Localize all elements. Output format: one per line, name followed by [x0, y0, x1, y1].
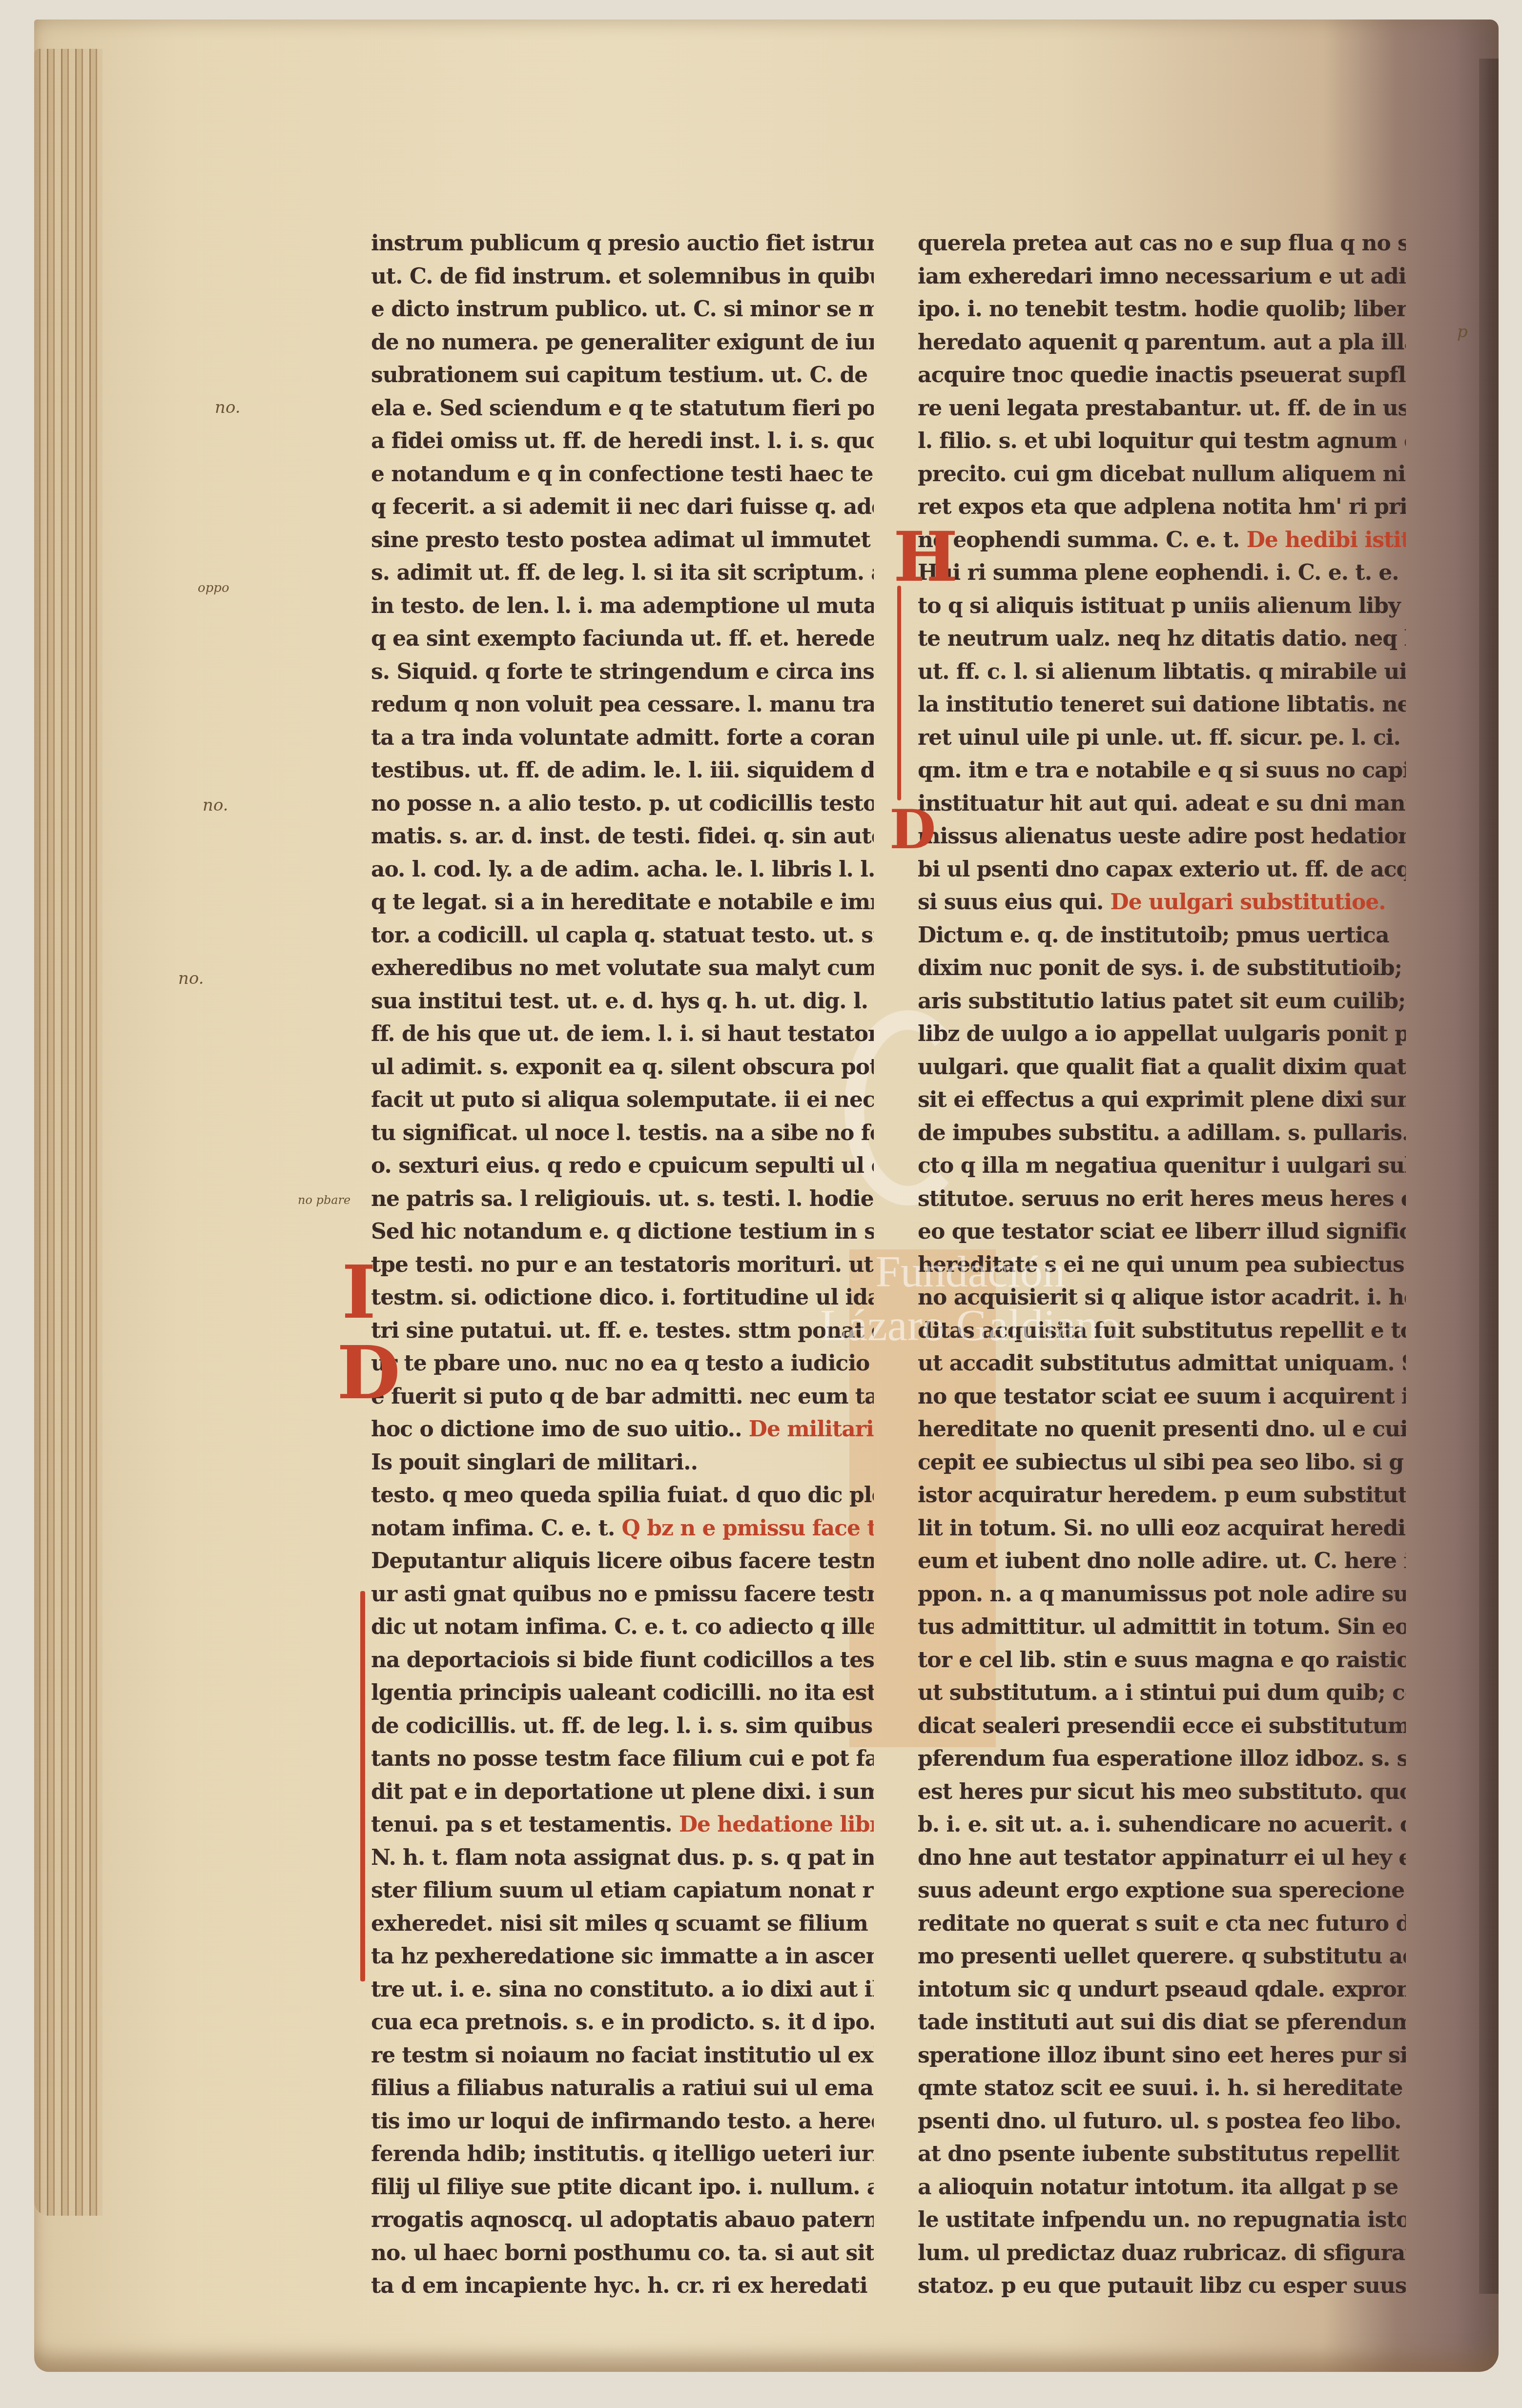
text-line: aris substitutio latius patet sit eum cu…	[918, 985, 1406, 1018]
text-line: hoc o dictione imo de suo uitio.. De mil…	[371, 1413, 874, 1446]
text-line: speratione illoz ibunt sino eet heres pu…	[918, 2039, 1406, 2072]
text-line: ret uinul uile pi unle. ut. ff. sicur. p…	[918, 721, 1406, 755]
text-line: e notandum e q in confectione testi haec…	[371, 458, 874, 491]
text-line: ret expos eta que adplena notita hm' ri …	[918, 490, 1406, 524]
rubric-heading: De uulgari substitutioe.	[1111, 890, 1386, 915]
text-line: mo presenti uellet querere. q substitutu…	[918, 1940, 1406, 1973]
text-line: tants no posse testm face filium cui e p…	[371, 1742, 874, 1775]
line-text: hoc o dictione imo de suo uitio..	[371, 1417, 749, 1442]
rubric-heading: Q bz n e pmissu face testim	[622, 1516, 874, 1541]
text-line: missus alienatus ueste adire post hedati…	[918, 820, 1406, 853]
page-edge-leaves	[34, 49, 103, 2216]
binding-gutter	[1479, 59, 1499, 2294]
text-line: tis imo ur loqui de infirmando testo. a …	[371, 2105, 874, 2138]
text-line: matis. s. ar. d. inst. de testi. fidei. …	[371, 820, 874, 853]
text-line: ipo. i. no tenebit testm. hodie quolib; …	[918, 293, 1406, 326]
text-line: instrum publicum q presio auctio fiet is…	[371, 227, 874, 260]
text-line: tenui. pa s et testamentis. De hedatione…	[371, 1808, 874, 1841]
text-line: ut accadit substitutus admittat uniquam.…	[918, 1347, 1406, 1380]
text-line: statoz. p eu que putauit libz cu esper s…	[918, 2269, 1406, 2303]
text-line: stitutoe. seruus no erit heres meus here…	[918, 1183, 1406, 1216]
text-line: notam infima. C. e. t. Q bz n e pmissu f…	[371, 1512, 874, 1545]
text-line: dno hne aut testator appinaturr ei ul he…	[918, 1841, 1406, 1875]
margin-note: p	[1457, 322, 1468, 342]
text-line: Hui ri summa plene eophendi. i. C. e. t.…	[918, 556, 1406, 590]
text-line: cto q illa m negatiua quenitur i uulgari…	[918, 1149, 1406, 1183]
text-line: ppon. n. a q manumissus pot nole adire s…	[918, 1578, 1406, 1611]
text-line: tpe testi. no pur e an testatoris moritu…	[371, 1248, 874, 1282]
text-line: le ustitate infpendu un. no repugnatia i…	[918, 2204, 1406, 2237]
initial-letter-D-right: D	[889, 798, 936, 861]
text-line: sua institui test. ut. e. d. hys q. h. u…	[371, 985, 874, 1018]
text-line: heredato aquenit q parentum. aut a pla i…	[918, 326, 1406, 359]
margin-note: no.	[215, 398, 241, 417]
text-line: tus admittitur. ul admittit in totum. Si…	[918, 1611, 1406, 1644]
text-line: est heres pur sicut his meo substituto. …	[918, 1775, 1406, 1809]
initial-flourish-H	[897, 586, 901, 800]
initial-flourish-I	[360, 1591, 365, 1981]
text-line: de impubes substitu. a adillam. s. pulla…	[918, 1117, 1406, 1150]
rubric-heading: De hedibi istituendis.	[1247, 528, 1406, 552]
text-line: subrationem sui capitum testium. ut. C. …	[371, 359, 874, 392]
text-line: no posse n. a alio testo. p. ut codicill…	[371, 787, 874, 820]
text-line: tu significat. ul noce l. testis. na a s…	[371, 1117, 874, 1150]
line-text: notam infima. C. e. t.	[371, 1516, 622, 1541]
text-line: a fidei omiss ut. ff. de heredi inst. l.…	[371, 425, 874, 458]
text-line: lgentia principis ualeant codicilli. no …	[371, 1676, 874, 1710]
text-line: eo que testator sciat ee liberr illud si…	[918, 1215, 1406, 1248]
text-line: l. filio. s. et ubi loquitur qui testm a…	[918, 425, 1406, 458]
text-line: dic ut notam infima. C. e. t. co adiecto…	[371, 1611, 874, 1644]
text-line: cepit ee subiectus ul sibi pea seo libo.…	[918, 1446, 1406, 1479]
text-line: cua eca pretnois. s. e in prodicto. s. i…	[371, 2006, 874, 2039]
text-line: ff. de his que ut. de iem. l. i. si haut…	[371, 1018, 874, 1051]
text-line: e fuerit si puto q de bar admitti. nec e…	[371, 1380, 874, 1413]
text-line: N. h. t. flam nota assignat dus. p. s. q…	[371, 1841, 874, 1875]
text-line: to q si aliquis istituat p uniis alienum…	[918, 590, 1406, 623]
text-line: tri sine putatui. ut. ff. e. testes. stt…	[371, 1314, 874, 1347]
text-line: ta d em incapiente hyc. h. cr. ri ex her…	[371, 2269, 874, 2303]
text-line: dixim nuc ponit de sys. i. de substituti…	[918, 952, 1406, 985]
initial-letter-H: H	[893, 517, 958, 597]
text-line: no que testator sciat ee suum i acquiren…	[918, 1380, 1406, 1413]
text-line: istor acquiratur heredem. p eum substitu…	[918, 1479, 1406, 1512]
text-line: q fecerit. a si ademit ii nec dari fuiss…	[371, 490, 874, 524]
text-line: o. sexturi eius. q redo e cpuicum sepult…	[371, 1149, 874, 1183]
text-line: ferenda hdib; institutis. q itelligo uet…	[371, 2138, 874, 2171]
text-line: q ea sint exempto faciunda ut. ff. et. h…	[371, 622, 874, 655]
text-line: exheredet. nisi sit miles q scuamt se fi…	[371, 1907, 874, 1940]
text-line: qmte statoz scit ee suui. i. h. si hered…	[918, 2072, 1406, 2105]
text-line: ul adimit. s. exponit ea q. silent obscu…	[371, 1051, 874, 1084]
text-line: s. adimit ut. ff. de leg. l. si ita sit …	[371, 556, 874, 590]
watermark-line-2: Lázaro Galdiano	[820, 1298, 1121, 1352]
text-line: ur te pbare uno. nuc no ea q testo a iud…	[371, 1347, 874, 1380]
text-line: testm. si. odictione dico. i. fortitudin…	[371, 1281, 874, 1314]
text-line: tor e cel lib. stin e suus magna e qo ra…	[918, 1644, 1406, 1677]
text-line: at dno psente iubente substitutus repell…	[918, 2138, 1406, 2171]
initial-letter-D: D	[337, 1330, 400, 1416]
text-line: e dicto instrum publico. ut. C. si minor…	[371, 293, 874, 326]
text-line: b. i. e. sit ut. a. i. suhendicare no ac…	[918, 1808, 1406, 1841]
text-line: qm. itm e tra e notabile e q si suus no …	[918, 754, 1406, 787]
text-line: libz de uulgo a io appellat uulgaris pon…	[918, 1018, 1406, 1051]
text-line: tade instituti aut sui dis diat se pfere…	[918, 2006, 1406, 2039]
text-line: instituatur hit aut qui. adeat e su dni …	[918, 787, 1406, 820]
text-line: ne patris sa. l religiouis. ut. s. testi…	[371, 1183, 874, 1216]
rubric-heading: De hedatione libroz.	[679, 1812, 874, 1837]
text-line: de no numera. pe generaliter exigunt de …	[371, 326, 874, 359]
text-line: acquire tnoc quedie inactis pseuerat sup…	[918, 359, 1406, 392]
text-line: ut. C. de fid instrum. et solemnibus in …	[371, 260, 874, 293]
line-text: ne eophendi summa. C. e. t.	[918, 528, 1247, 552]
text-line: lit in totum. Si. no ulli eoz acquirat h…	[918, 1512, 1406, 1545]
text-line: ut substitutum. a i stintui pui dum quib…	[918, 1676, 1406, 1710]
text-line: tor. a codicill. ul capla q. statuat tes…	[371, 919, 874, 952]
text-line: testo. q meo queda spilia fuiat. d quo d…	[371, 1479, 874, 1512]
text-line: lum. ul predictaz duaz rubricaz. di sfig…	[918, 2237, 1406, 2270]
text-line: Deputantur aliquis licere oibus facere t…	[371, 1545, 874, 1578]
text-line: s. Siquid. q forte te stringendum e circ…	[371, 655, 874, 689]
text-line: iam exheredari imno necessarium e ut adi…	[918, 260, 1406, 293]
text-line: dicat sealeri presendii ecce ei substitu…	[918, 1710, 1406, 1743]
text-line: filius a filiabus naturalis a ratiui sui…	[371, 2072, 874, 2105]
text-line: a alioquin notatur intotum. ita allgat p…	[918, 2171, 1406, 2204]
text-line: filij ul filiye sue ptite dicant ipo. i.…	[371, 2171, 874, 2204]
margin-note: no.	[203, 796, 228, 815]
text-line: sine presto testo postea adimat ul immut…	[371, 524, 874, 557]
text-line: ur asti gnat quibus no e pmissu facere t…	[371, 1578, 874, 1611]
text-line: Is pouit singlari de militari..	[371, 1446, 874, 1479]
text-line: redum q non voluit pea cessare. l. manu …	[371, 688, 874, 721]
text-line: ta hz pexheredatione sic immatte a in as…	[371, 1940, 874, 1973]
text-line: ut. ff. c. l. si alienum libtatis. q mir…	[918, 655, 1406, 689]
text-line: suus adeunt ergo exptione sua sperecione…	[918, 1874, 1406, 1907]
text-line: Sed hic notandum e. q dictione testium i…	[371, 1215, 874, 1248]
text-line: ta a tra inda voluntate admitt. forte a …	[371, 721, 874, 755]
text-line: re testm si noiaum no faciat institutio …	[371, 2039, 874, 2072]
margin-note: oppo	[198, 581, 229, 595]
text-line: bi ul psenti dno capax exterio ut. ff. d…	[918, 853, 1406, 886]
text-line: pferendum fua esperatione illoz idboz. s…	[918, 1742, 1406, 1775]
text-column-left: instrum publicum q presio auctio fiet is…	[371, 227, 874, 2303]
text-line: q te legat. si a in hereditate e notabil…	[371, 886, 874, 919]
text-line: si suus eius qui. De uulgari substitutio…	[918, 886, 1406, 919]
text-line: dit pat e in deportatione ut plene dixi.…	[371, 1775, 874, 1809]
text-line: intotum sic q undurt pseaud qdale. expro…	[918, 1973, 1406, 2006]
text-line: la institutio teneret sui datione libtat…	[918, 688, 1406, 721]
margin-note: no.	[178, 969, 204, 988]
watermark: Fundación Lázaro Galdiano	[820, 1245, 1121, 1352]
text-line: exheredibus no met volutate sua malyt cu…	[371, 952, 874, 985]
line-text: tenui. pa s et testamentis.	[371, 1812, 679, 1837]
text-line: in testo. de len. l. i. ma ademptione ul…	[371, 590, 874, 623]
text-line: ster filium suum ul etiam capiatum nonat…	[371, 1874, 874, 1907]
text-line: hereditate no quenit presenti dno. ul e …	[918, 1413, 1406, 1446]
text-line: Dictum e. q. de institutoib; pmus uertic…	[918, 919, 1406, 952]
text-line: re ueni legata prestabantur. ut. ff. de …	[918, 392, 1406, 425]
text-line: reditate no querat s suit e cta nec futu…	[918, 1907, 1406, 1940]
text-line: no. ul haec borni posthumu co. ta. si au…	[371, 2237, 874, 2270]
text-line: testibus. ut. ff. de adim. le. l. iii. s…	[371, 754, 874, 787]
text-line: precito. cui gm dicebat nullum aliquem n…	[918, 458, 1406, 491]
text-line: sit ei effectus a qui exprimit plene dix…	[918, 1083, 1406, 1117]
text-line: facit ut puto si aliqua solemputate. ii …	[371, 1083, 874, 1117]
text-line: eum et iubent dno nolle adire. ut. C. he…	[918, 1545, 1406, 1578]
text-line: na deportaciois si bide fiunt codicillos…	[371, 1644, 874, 1677]
text-line: uulgari. que qualit fiat a qualit dixim …	[918, 1051, 1406, 1084]
text-line: de codicillis. ut. ff. de leg. l. i. s. …	[371, 1710, 874, 1743]
text-line: rrogatis aqnoscq. ul adoptatis abauo pat…	[371, 2204, 874, 2237]
margin-note: no pbare	[298, 1193, 350, 1207]
text-line: ao. l. cod. ly. a de adim. acha. le. l. …	[371, 853, 874, 886]
text-line: querela pretea aut cas no e sup flua q n…	[918, 227, 1406, 260]
text-line: tre ut. i. e. sina no constituto. a io d…	[371, 1973, 874, 2006]
rubric-heading: De militari testo.	[749, 1417, 874, 1442]
text-line: te neutrum ualz. neq hz ditatis datio. n…	[918, 622, 1406, 655]
initial-letter-I: I	[342, 1249, 376, 1335]
text-line: psenti dno. ul futuro. ul. s postea feo …	[918, 2105, 1406, 2138]
watermark-line-1: Fundación	[820, 1245, 1121, 1298]
text-line: ne eophendi summa. C. e. t. De hedibi is…	[918, 524, 1406, 557]
text-line: ela e. Sed sciendum e q te statutum fier…	[371, 392, 874, 425]
line-text: si suus eius qui.	[918, 890, 1111, 915]
